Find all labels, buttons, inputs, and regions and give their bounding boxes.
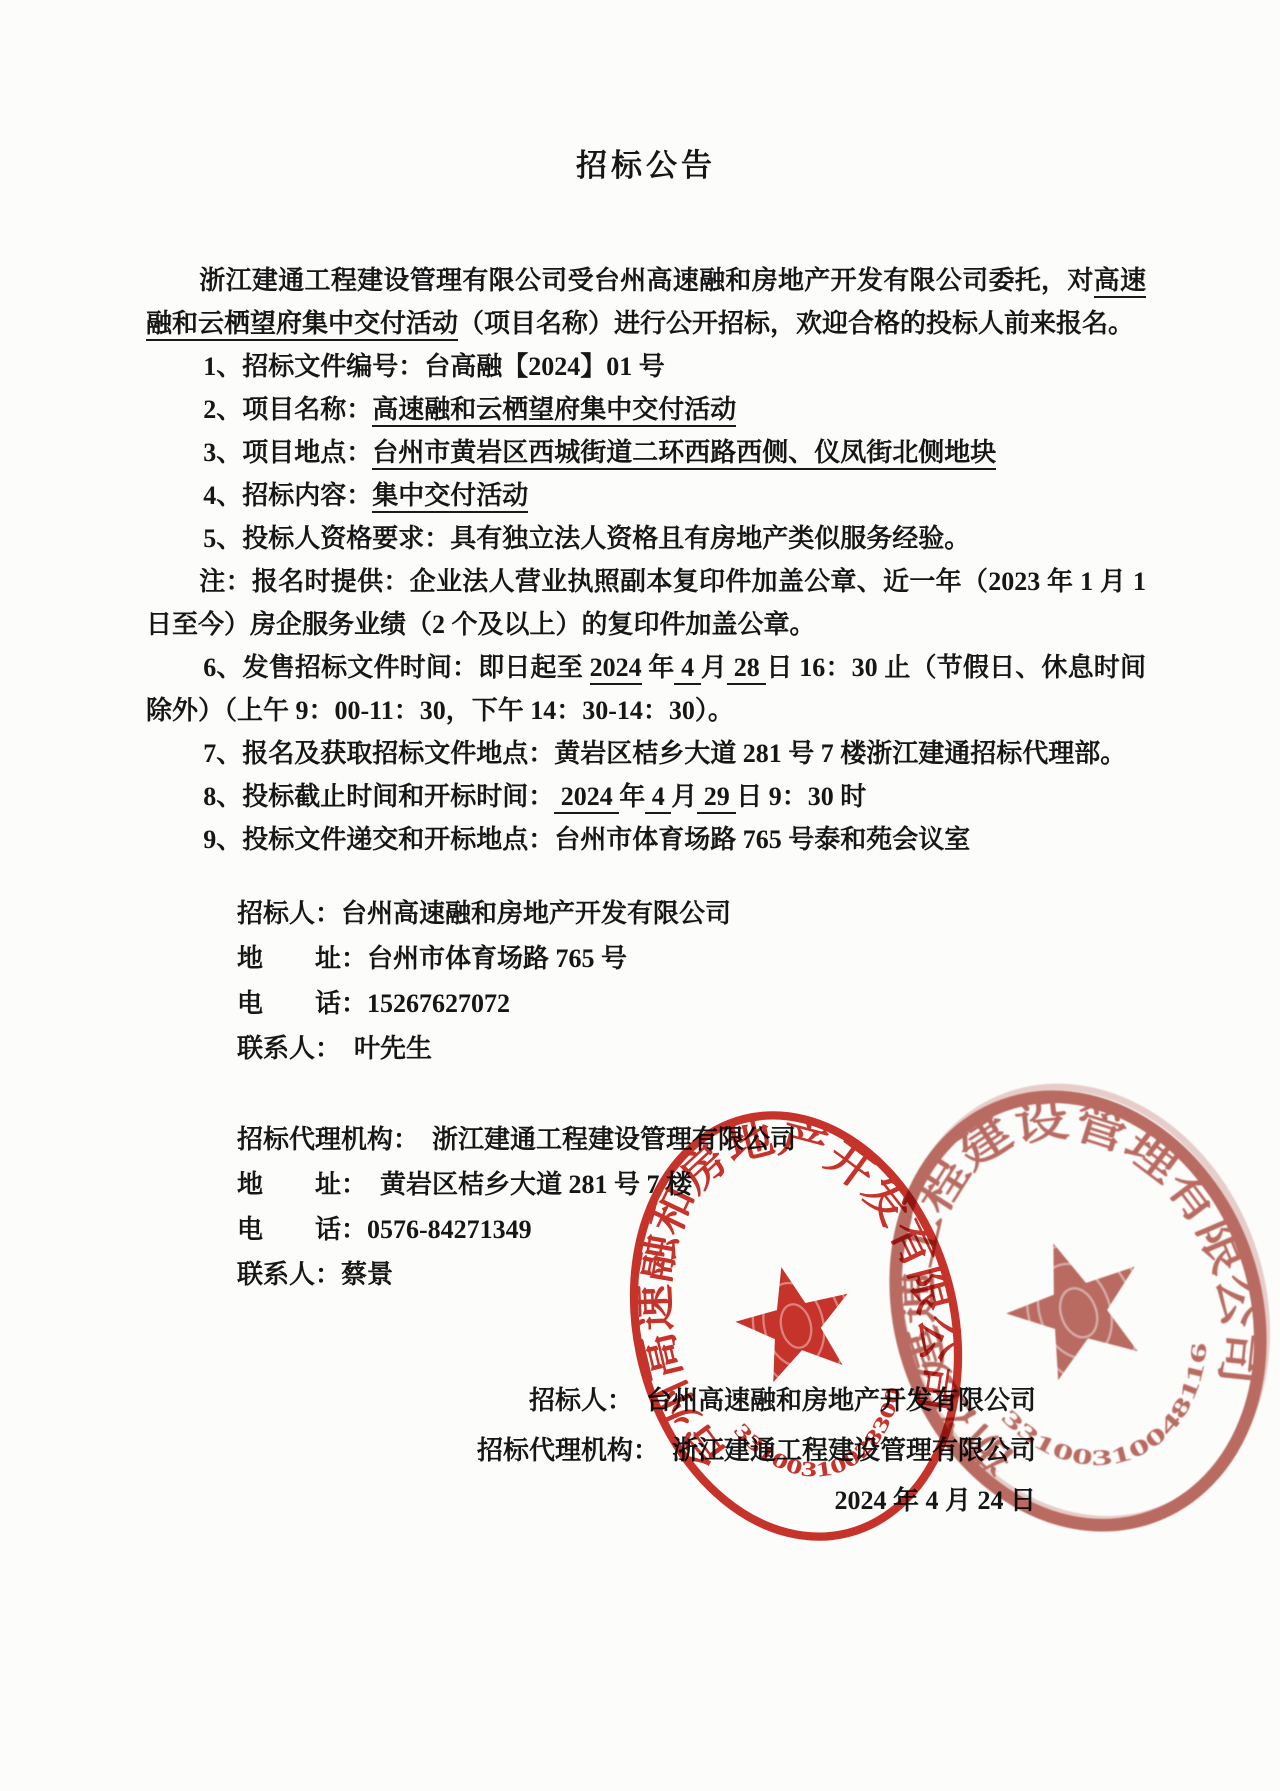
text-segment: 4、招标内容：	[203, 481, 372, 510]
tenderer-info-block: 招标人：台州高速融和房地产开发有限公司 地 址：台州市体育场路 765 号 电 …	[146, 891, 1146, 1071]
intro-paragraph: 浙江建通工程建设管理有限公司受台州高速融和房地产开发有限公司委托，对高速融和云栖…	[146, 259, 1146, 345]
tenderer-phone-line: 电 话：15267627072	[237, 981, 1146, 1026]
text-segment: 月	[701, 653, 727, 682]
signature-block: 招标人： 台州高速融和房地产开发有限公司 招标代理机构： 浙江建通工程建设管理有…	[477, 1376, 1036, 1526]
underlined-text: 28	[727, 653, 766, 685]
list-item-4: 4、招标内容：集中交付活动	[146, 474, 1146, 517]
notice-body: 浙江建通工程建设管理有限公司受台州高速融和房地产开发有限公司委托，对高速融和云栖…	[146, 259, 1146, 861]
underlined-text: 集中交付活动	[372, 481, 528, 513]
underlined-text: 4	[645, 782, 671, 814]
text-segment: 月	[671, 782, 697, 811]
tenderer-address-line: 地 址：台州市体育场路 765 号	[237, 936, 1146, 981]
text-segment: （项目名称）进行公开招标，欢迎合格的投标人前来报名。	[458, 309, 1134, 338]
tenderer-name-line: 招标人：台州高速融和房地产开发有限公司	[237, 891, 1146, 936]
text-segment: 2、项目名称：	[203, 395, 372, 424]
text-segment: 6、发售招标文件时间：即日起至	[203, 653, 589, 682]
note-paragraph: 注：报名时提供：企业法人营业执照副本复印件加盖公章、近一年（2023 年 1 月…	[146, 560, 1146, 646]
text-segment: 9、投标文件递交和开标地点：台州市体育场路 765 号泰和苑会议室	[203, 825, 970, 854]
text-segment: 浙江建通工程建设管理有限公司受台州高速融和房地产开发有限公司委托，对	[199, 266, 1093, 295]
page-title: 招标公告	[146, 140, 1146, 185]
list-item-5: 5、投标人资格要求：具有独立法人资格且有房地产类似服务经验。	[146, 517, 1146, 560]
underlined-text: 4	[674, 653, 700, 685]
underlined-text: 2024	[554, 782, 619, 814]
scanned-tender-notice-page: 招标公告 浙江建通工程建设管理有限公司受台州高速融和房地产开发有限公司委托，对高…	[0, 0, 1280, 1791]
agency-info-block: 招标代理机构： 浙江建通工程建设管理有限公司 地 址： 黄岩区桔乡大道 281 …	[146, 1117, 1146, 1297]
underlined-text: 2024	[590, 653, 642, 685]
underlined-text: 29	[697, 782, 736, 814]
tenderer-contact-line: 联系人： 叶先生	[237, 1026, 1146, 1071]
text-segment: 1、招标文件编号：台高融【2024】01 号	[203, 352, 665, 381]
list-item-7: 7、报名及获取招标文件地点：黄岩区桔乡大道 281 号 7 楼浙江建通招标代理部…	[146, 732, 1146, 775]
list-item-2: 2、项目名称：高速融和云栖望府集中交付活动	[146, 388, 1146, 431]
text-segment: 3、项目地点：	[203, 438, 372, 467]
agency-name-line: 招标代理机构： 浙江建通工程建设管理有限公司	[237, 1117, 1146, 1162]
underlined-text: 台州市黄岩区西城街道二环西路西侧、仪凤街北侧地块	[372, 438, 996, 470]
text-segment: 7、报名及获取招标文件地点：黄岩区桔乡大道 281 号 7 楼浙江建通招标代理部…	[203, 739, 1126, 768]
text-segment: 年	[619, 782, 645, 811]
text-segment: 日 9：30 时	[736, 782, 866, 811]
text-segment: 5、投标人资格要求：具有独立法人资格且有房地产类似服务经验。	[203, 524, 970, 553]
underlined-text: 高速融和云栖望府集中交付活动	[372, 395, 736, 427]
text-segment: 年	[642, 653, 675, 682]
list-item-3: 3、项目地点：台州市黄岩区西城街道二环西路西侧、仪凤街北侧地块	[146, 431, 1146, 474]
list-item-6: 6、发售招标文件时间：即日起至 2024 年 4 月 28 日 16：30 止（…	[146, 646, 1146, 732]
text-segment: 注：报名时提供：企业法人营业执照副本复印件加盖公章、近一年（2023 年 1 月…	[146, 567, 1146, 639]
list-item-1: 1、招标文件编号：台高融【2024】01 号	[146, 345, 1146, 388]
agency-contact-line: 联系人：蔡景	[237, 1252, 1146, 1297]
document-content: 招标公告 浙江建通工程建设管理有限公司受台州高速融和房地产开发有限公司委托，对高…	[146, 140, 1146, 1297]
agency-phone-line: 电 话：0576-84271349	[237, 1207, 1146, 1252]
signature-date: 2024 年 4 月 24 日	[477, 1476, 1036, 1526]
text-segment: 8、投标截止时间和开标时间：	[203, 782, 554, 811]
signature-tenderer-line: 招标人： 台州高速融和房地产开发有限公司	[477, 1376, 1036, 1426]
list-item-9: 9、投标文件递交和开标地点：台州市体育场路 765 号泰和苑会议室	[146, 818, 1146, 861]
agency-address-line: 地 址： 黄岩区桔乡大道 281 号 7 楼	[237, 1162, 1146, 1207]
signature-agency-line: 招标代理机构： 浙江建通工程建设管理有限公司	[477, 1426, 1036, 1476]
list-item-8: 8、投标截止时间和开标时间： 2024 年 4 月 29 日 9：30 时	[146, 775, 1146, 818]
